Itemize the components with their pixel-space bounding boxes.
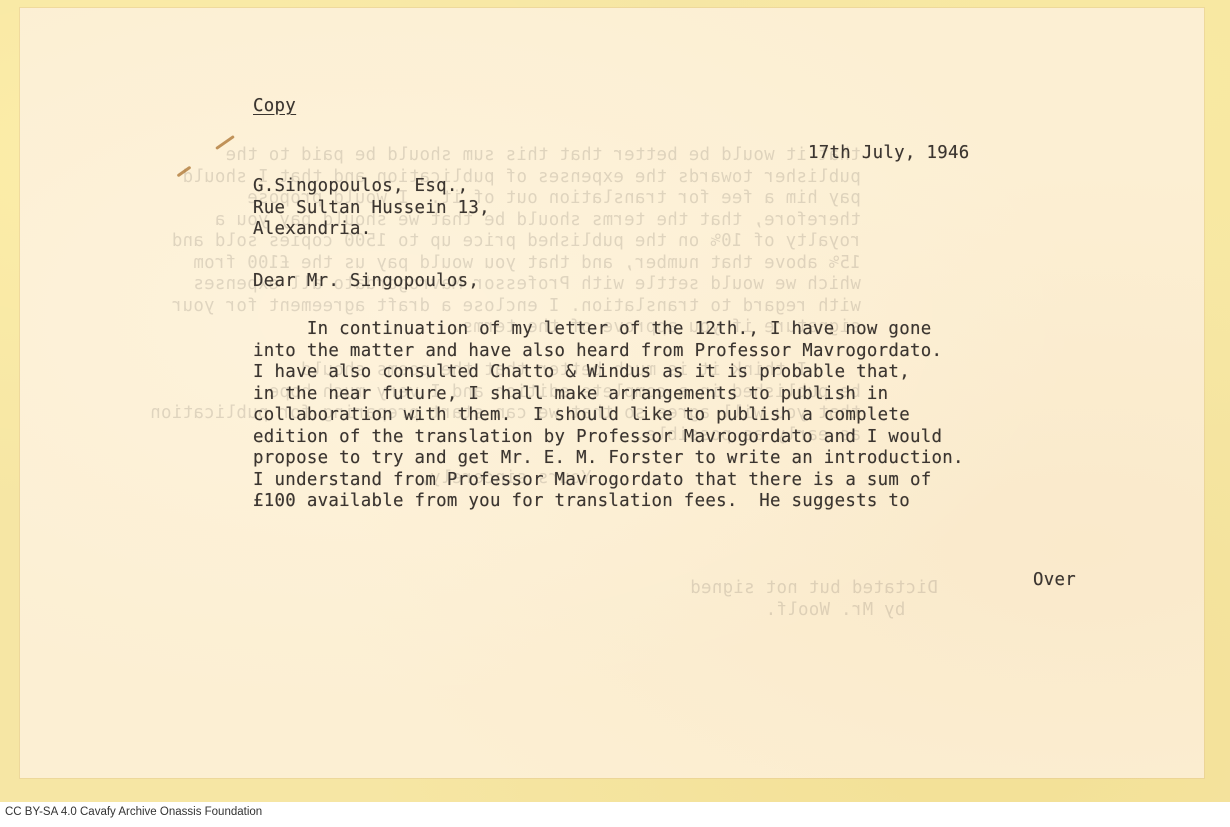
letter-body: In continuation of my letter of the 12th…	[253, 319, 964, 513]
copy-label: Copy	[253, 96, 296, 118]
recipient-address: G.Singopoulos, Esq., Rue Sultan Hussein …	[253, 176, 490, 241]
over-label: Over	[1033, 570, 1076, 592]
show-through-signature-note: Dictated but not signed by Mr. Woolf.	[690, 578, 938, 621]
letter-date: 17th July, 1946	[808, 143, 970, 165]
salutation: Dear Mr. Singopoulos,	[253, 271, 479, 293]
license-caption: CC BY-SA 4.0 Cavafy Archive Onassis Foun…	[5, 806, 262, 818]
